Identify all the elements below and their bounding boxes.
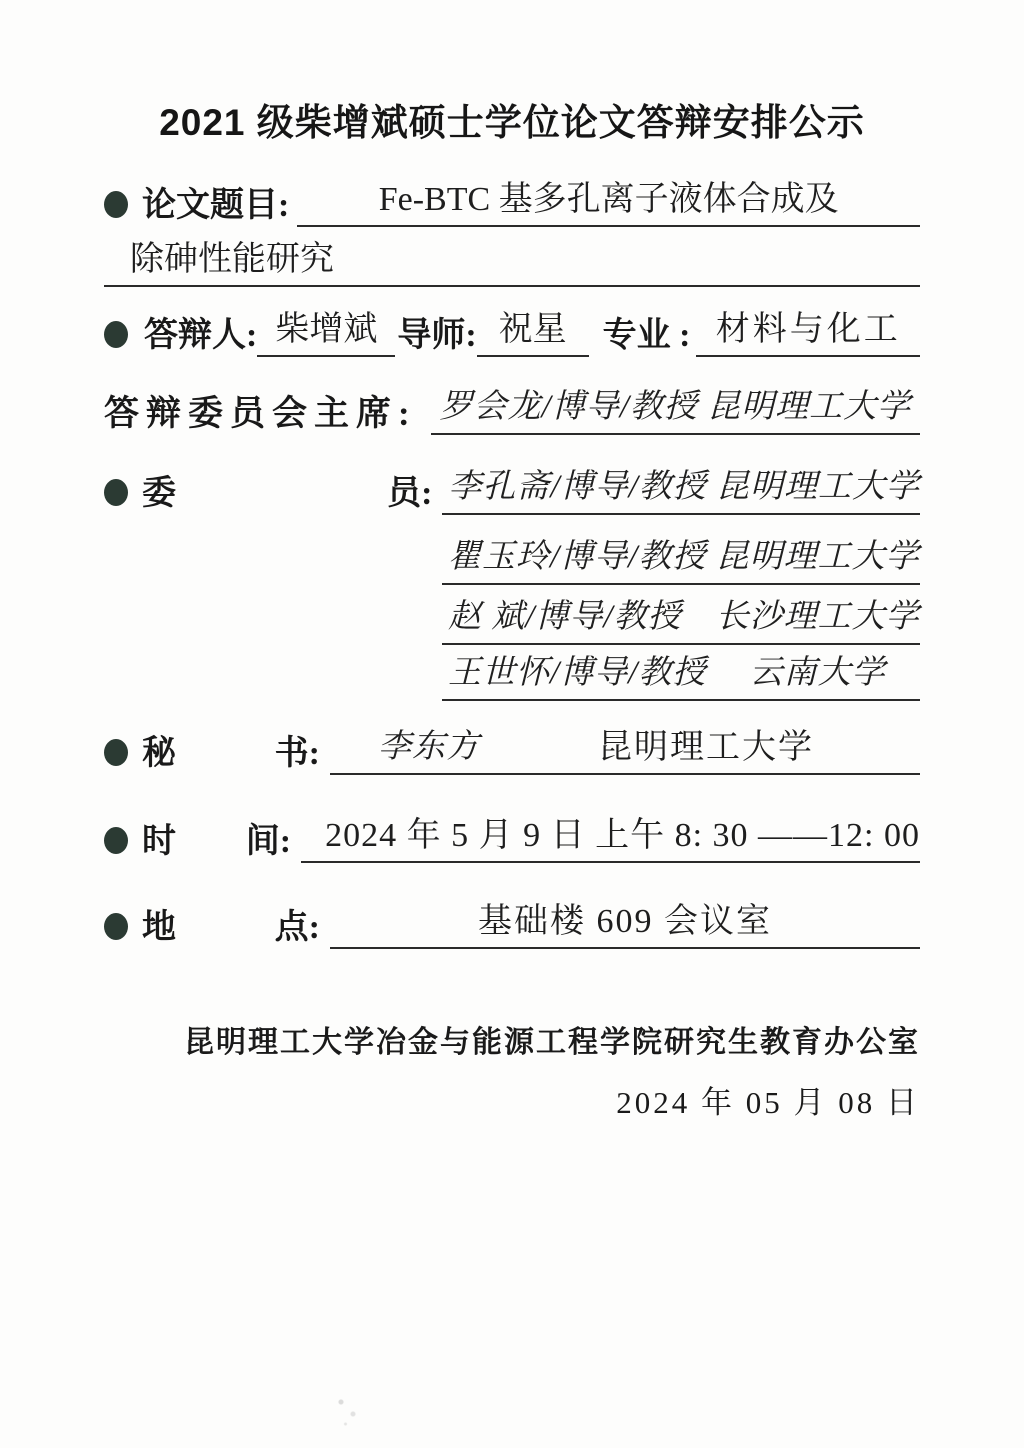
venue-label: 地 点: <box>142 907 320 949</box>
committee-chair-label: 答辩委员会主席: <box>104 393 417 435</box>
thesis-title-value-line2: 除砷性能研究 <box>104 239 920 287</box>
thesis-title-value-line1: Fe-BTC 基多孔离子液体合成及 <box>297 179 920 227</box>
time-label-right: 间: <box>246 821 291 863</box>
committee-members-label-left: 委 <box>142 473 176 515</box>
venue-value: 基础楼 609 会议室 <box>330 901 920 949</box>
secretary-name: 李东方 <box>378 727 480 768</box>
venue-row: 地 点: 基础楼 609 会议室 <box>104 901 920 949</box>
thesis-title-label: 论文题目: <box>142 185 289 227</box>
secretary-label-right: 书: <box>275 733 320 775</box>
scan-smudge-artifact <box>332 1390 362 1430</box>
document-footer: 昆明理工大学冶金与能源工程学院研究生教育办公室 2024 年 05 月 08 日 <box>104 1023 920 1123</box>
secretary-label: 秘 书: <box>142 733 320 775</box>
secretary-value-line: 李东方 昆明理工大学 <box>330 727 920 775</box>
time-row: 时 间: 2024 年 5 月 9 日 上午 8: 30 ——12: 00 <box>104 815 920 863</box>
secretary-label-left: 秘 <box>142 733 176 775</box>
secretary-affiliation: 昆明理工大学 <box>598 727 814 768</box>
committee-member-item: 王世怀/博导/教授 云南大学 <box>442 653 920 701</box>
time-value: 2024 年 5 月 9 日 上午 8: 30 ——12: 00 <box>301 815 920 863</box>
bullet-icon <box>104 739 128 766</box>
secretary-row: 秘 书: 李东方 昆明理工大学 <box>104 727 920 775</box>
committee-members-label: 委 员: <box>142 473 432 515</box>
defender-row: 答辩人: 柴增斌 导师: 祝星 专业 : 材料与化工 <box>104 309 920 357</box>
page-title: 2021 级柴增斌硕士学位论文答辩安排公示 <box>104 100 920 146</box>
bullet-icon <box>104 827 128 854</box>
committee-members-label-right: 员: <box>387 473 432 515</box>
committee-member-row: 瞿玉玲/博导/教授 昆明理工大学 <box>442 537 920 585</box>
time-label: 时 间: <box>142 821 291 863</box>
issue-date: 2024 年 05 月 08 日 <box>104 1083 920 1123</box>
committee-chair-row: 答辩委员会主席: 罗会龙/博导/教授 昆明理工大学 <box>104 387 920 435</box>
committee-chair-value: 罗会龙/博导/教授 昆明理工大学 <box>431 387 920 435</box>
defender-label: 答辩人: <box>144 315 257 357</box>
bullet-icon <box>104 191 128 218</box>
time-label-left: 时 <box>142 821 176 863</box>
committee-member-item: 李孔斋/博导/教授 昆明理工大学 <box>442 467 920 515</box>
committee-members-row: 委 员: 李孔斋/博导/教授 昆明理工大学 <box>104 467 920 515</box>
defender-name: 柴增斌 <box>257 309 395 357</box>
committee-member-item: 赵 斌/博导/教授 长沙理工大学 <box>442 597 920 645</box>
thesis-title-row: 论文题目: Fe-BTC 基多孔离子液体合成及 <box>104 179 920 227</box>
bullet-icon <box>104 479 128 506</box>
committee-member-item: 瞿玉玲/博导/教授 昆明理工大学 <box>442 537 920 585</box>
advisor-name: 祝星 <box>477 309 589 357</box>
bullet-icon <box>104 321 128 348</box>
venue-label-left: 地 <box>142 907 176 949</box>
committee-member-row: 王世怀/博导/教授 云南大学 <box>442 653 920 701</box>
thesis-title-row-continued: 除砷性能研究 <box>104 239 920 287</box>
committee-member-row: 赵 斌/博导/教授 长沙理工大学 <box>442 597 920 645</box>
bullet-icon <box>104 913 128 940</box>
major-value: 材料与化工 <box>696 309 920 357</box>
advisor-label: 导师: <box>397 315 476 357</box>
issuing-office: 昆明理工大学冶金与能源工程学院研究生教育办公室 <box>104 1023 920 1063</box>
venue-label-right: 点: <box>275 907 320 949</box>
major-label: 专业 : <box>603 315 691 357</box>
scanned-announcement-document: 2021 级柴增斌硕士学位论文答辩安排公示 论文题目: Fe-BTC 基多孔离子… <box>0 0 1024 1448</box>
